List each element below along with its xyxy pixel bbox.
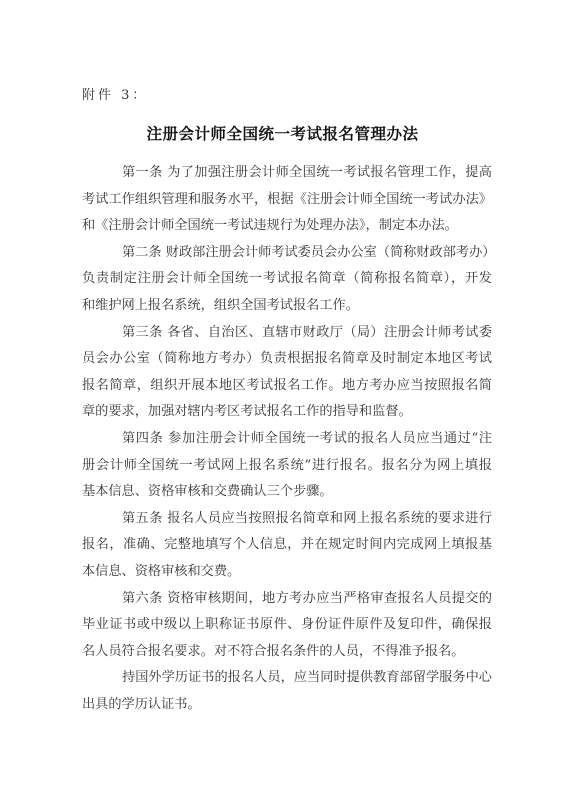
- text-line: 第四条 参加注册会计师全国统一考试的报名人员应当通过“注: [82, 426, 492, 453]
- document-page: 附件 3： 注册会计师全国统一考试报名管理办法 第一条 为了加强注册会计师全国统…: [0, 0, 565, 800]
- text-line: 名人员符合报名要求。对不符合报名条件的人员，不得准予报名。: [82, 639, 492, 666]
- article-6-supplement: 持国外学历证书的报名人员，应当同时提供教育部留学服务中心 出具的学历认证书。: [82, 665, 492, 718]
- document-body: 第一条 为了加强注册会计师全国统一考试报名管理工作，提高 考试工作组织管理和服务…: [82, 160, 492, 718]
- article-1: 第一条 为了加强注册会计师全国统一考试报名管理工作，提高 考试工作组织管理和服务…: [82, 160, 492, 240]
- article-4: 第四条 参加注册会计师全国统一考试的报名人员应当通过“注 册会计师全国统一考试网…: [82, 426, 492, 506]
- text-line: 第二条 财政部注册会计师考试委员会办公室（简称财政部考办）: [82, 240, 492, 267]
- text-line: 第三条 各省、自治区、直辖市财政厅（局）注册会计师考试委: [82, 320, 492, 347]
- article-6: 第六条 资格审核期间，地方考办应当严格审查报名人员提交的 毕业证书或中级以上职称…: [82, 586, 492, 666]
- article-5: 第五条 报名人员应当按照报名简章和网上报名系统的要求进行 报名，准确、完整地填写…: [82, 506, 492, 586]
- text-line: 第一条 为了加强注册会计师全国统一考试报名管理工作，提高: [82, 160, 492, 187]
- document-title: 注册会计师全国统一考试报名管理办法: [0, 122, 565, 144]
- text-line: 考试工作组织管理和服务水平，根据《注册会计师全国统一考试办法》: [82, 187, 492, 214]
- text-line: 持国外学历证书的报名人员，应当同时提供教育部留学服务中心: [82, 665, 492, 692]
- text-line: 第五条 报名人员应当按照报名简章和网上报名系统的要求进行: [82, 506, 492, 533]
- text-line: 和维护网上报名系统，组织全国考试报名工作。: [82, 293, 492, 320]
- article-2: 第二条 财政部注册会计师考试委员会办公室（简称财政部考办） 负责制定注册会计师全…: [82, 240, 492, 320]
- text-line: 毕业证书或中级以上职称证书原件、身份证件原件及复印件，确保报: [82, 612, 492, 639]
- article-3: 第三条 各省、自治区、直辖市财政厅（局）注册会计师考试委 员会办公室（简称地方考…: [82, 320, 492, 426]
- text-line: 册会计师全国统一考试网上报名系统”进行报名。报名分为网上填报: [82, 453, 492, 480]
- text-line: 报名简章，组织开展本地区考试报名工作。地方考办应当按照报名简: [82, 373, 492, 400]
- text-line: 员会办公室（简称地方考办）负责根据报名简章及时制定本地区考试: [82, 346, 492, 373]
- text-line: 本信息、资格审核和交费。: [82, 559, 492, 586]
- text-line: 报名，准确、完整地填写个人信息，并在规定时间内完成网上填报基: [82, 532, 492, 559]
- text-line: 和《注册会计师全国统一考试违规行为处理办法》，制定本办法。: [82, 213, 492, 240]
- text-line: 负责制定注册会计师全国统一考试报名简章（简称报名简章），开发: [82, 266, 492, 293]
- annex-label: 附件 3：: [82, 84, 148, 103]
- text-line: 章的要求，加强对辖内考区考试报名工作的指导和监督。: [82, 399, 492, 426]
- text-line: 基本信息、资格审核和交费确认三个步骤。: [82, 479, 492, 506]
- text-line: 第六条 资格审核期间，地方考办应当严格审查报名人员提交的: [82, 586, 492, 613]
- text-line: 出具的学历认证书。: [82, 692, 492, 719]
